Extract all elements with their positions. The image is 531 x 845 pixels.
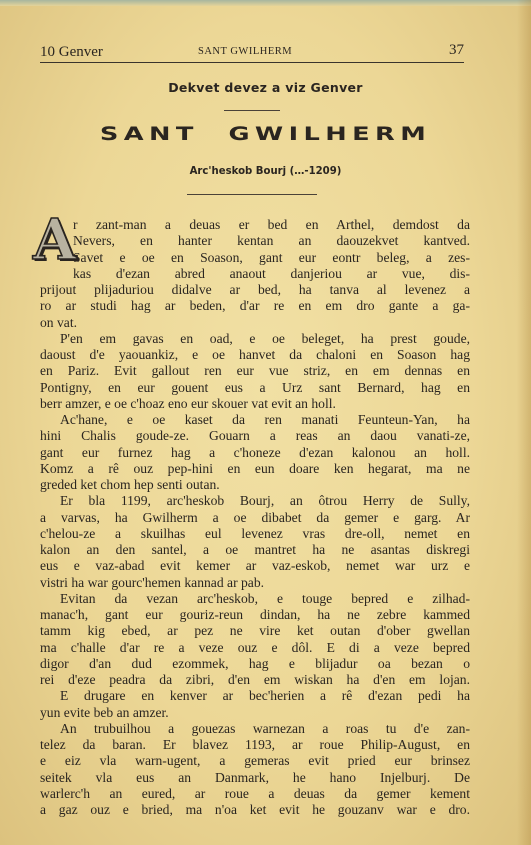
saint-title: SANTGWILHERM bbox=[0, 123, 531, 145]
text-line: P'en em gavas en oad, e oe beleget, ha p… bbox=[40, 331, 470, 347]
text-line: warlerc'h an eured, ar roue a deuas da g… bbox=[40, 786, 470, 802]
text-line: c'helou-ze a skuilhas eul levenez vras d… bbox=[40, 526, 470, 542]
text-line: Nevers, en hanter kentan an daouzekvet k… bbox=[40, 233, 470, 249]
text-line: rei d'eze peadra da zibri, d'en em wiska… bbox=[40, 672, 470, 688]
text-line: kalon an den santel, a oe mantret ha ne … bbox=[40, 542, 470, 558]
running-head-title: SANT GWILHERM bbox=[198, 46, 292, 57]
text-line: manac'h, gant eur gouriz-reun dindan, ha… bbox=[40, 607, 470, 623]
text-line: eus e vaz-abad evit kemer ar vaz-eskob, … bbox=[40, 558, 470, 574]
saint-title-word-2: GWILHERM bbox=[228, 123, 431, 145]
scan-top-edge bbox=[0, 0, 531, 6]
running-head-date: 10 Genver bbox=[40, 44, 103, 61]
text-line: seitek vla eus an Danmark, he hano Injel… bbox=[40, 770, 470, 786]
text-line: ma c'halle d'ar re a veze ouz e dôl. E d… bbox=[40, 640, 470, 656]
text-line: Pontigny, en eur gouent eus a Urz sant B… bbox=[40, 380, 470, 396]
section-title: Dekvet devez a viz Genver bbox=[0, 80, 531, 95]
divider-short bbox=[224, 110, 280, 111]
divider-long bbox=[187, 194, 317, 195]
text-line: r zant-man a deuas er bed en Arthel, dem… bbox=[40, 217, 470, 233]
text-line: gant eur furnez hag a c'honeze d'ezan ka… bbox=[40, 445, 470, 461]
text-line: greded ket chom hep senti outan. bbox=[40, 477, 470, 493]
text-line: prijout plijaduriou didalve ar bed, ha t… bbox=[40, 282, 470, 298]
text-line: hini Chalis goude-ze. Gouarn a reas an d… bbox=[40, 428, 470, 444]
text-line: Komz a rê ouz pep-hini en eun doare ken … bbox=[40, 461, 470, 477]
text-line: yun evite beb an amzer. bbox=[40, 705, 470, 721]
text-line: telez da baran. Er blavez 1193, ar roue … bbox=[40, 737, 470, 753]
text-line: on vat. bbox=[40, 315, 470, 331]
saint-subtitle: Arc'heskob Bourj (…-1209) bbox=[21, 164, 510, 177]
text-line: e eiz vla warn-ugent, a gemeras evit pri… bbox=[40, 753, 470, 769]
text-line: E drugare en kenver ar bec'herien a rê d… bbox=[40, 688, 470, 704]
text-line: An trubuilhou a gouezas warnezan a roas … bbox=[40, 721, 470, 737]
text-line: Savet e oe en Soason, gant eur eontr bel… bbox=[40, 250, 470, 266]
text-line: daoust d'e yaouankiz, e oe hanvet da cha… bbox=[40, 347, 470, 363]
text-line: a varvas, ha Gwilherm a oe dibabet da ge… bbox=[40, 510, 470, 526]
text-line: berr amzer, e oe c'hoaz eno eur skouer v… bbox=[40, 396, 470, 412]
text-line: digor d'an dud ezommek, hag e blijadur o… bbox=[40, 656, 470, 672]
text-line: en Pariz. Evit gallout ren eur vue striz… bbox=[40, 363, 470, 379]
text-line: vistri ha war gourc'hemen kannad ar pab. bbox=[40, 575, 470, 591]
body-text: r zant-man a deuas er bed en Arthel, dem… bbox=[40, 217, 470, 818]
saint-title-word-1: SANT bbox=[100, 123, 199, 145]
text-line: ro ar studi hag ar beden, d'ar re en em … bbox=[40, 298, 470, 314]
text-line: Er bla 1199, arc'heskob Bourj, an ôtrou … bbox=[40, 493, 470, 509]
text-line: Ac'hane, e oe kaset da ren manati Feunte… bbox=[40, 412, 470, 428]
text-line: tamm kig ebed, ar pez ne vire ket outan … bbox=[40, 623, 470, 639]
running-head: 10 Genver SANT GWILHERM 37 bbox=[40, 40, 464, 63]
text-line: a gaz ouz e bried, ma n'oa ket evit he g… bbox=[40, 802, 470, 818]
page-number: 37 bbox=[449, 42, 464, 59]
text-line: Evitan da vezan arc'heskob, e touge bepr… bbox=[40, 591, 470, 607]
text-line: kas d'ezan abred anaout danjeriou ar vue… bbox=[40, 266, 470, 282]
